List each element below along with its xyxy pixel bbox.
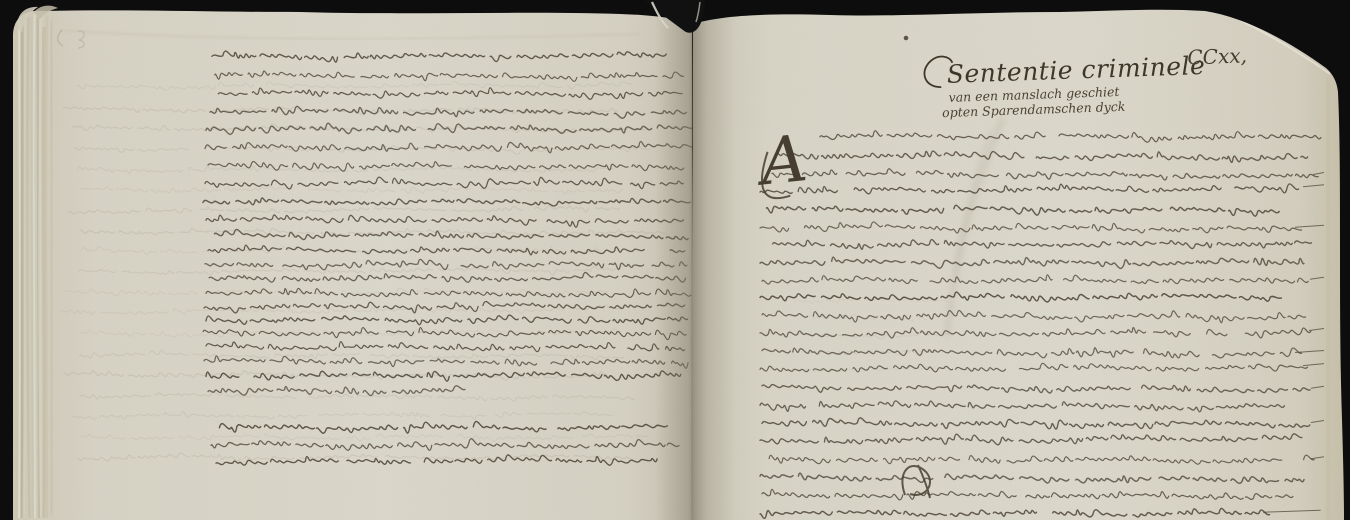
left-edge-shadow — [51, 20, 52, 515]
left-page — [0, 0, 700, 520]
manuscript-scan: Sententie criminele CCxx, van een mansla… — [0, 0, 1350, 520]
deckle-streak — [19, 18, 20, 518]
ink-speck — [904, 36, 909, 41]
left-paper-texture — [0, 0, 700, 520]
right-edge-tan-band — [1327, 80, 1330, 520]
manuscript-svg: Sententie criminele CCxx, van een mansla… — [0, 0, 1350, 520]
deckle-streak — [46, 16, 47, 518]
deckle-streak — [34, 15, 35, 518]
deckle-streak — [43, 27, 44, 518]
folio-number: CCxx, — [1187, 43, 1247, 69]
right-page: Sententie criminele CCxx, van een mansla… — [690, 0, 1350, 520]
deckle-streak — [21, 24, 22, 518]
deckle-streak — [16, 22, 17, 518]
deckle-streak — [40, 18, 42, 518]
right-gutter-shadow — [693, 0, 735, 520]
gutter-crease — [692, 22, 693, 520]
deckle-streak — [32, 16, 33, 518]
left-gutter-shadow — [655, 0, 694, 520]
